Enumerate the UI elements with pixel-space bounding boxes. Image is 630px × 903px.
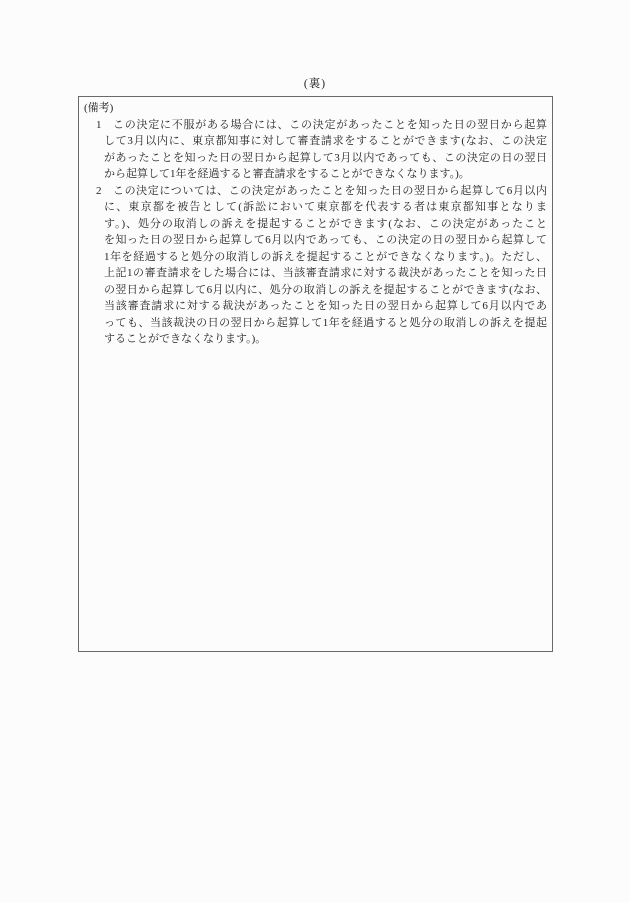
remark-text-line: この決定に不服がある場合には、この決定があったことを知った日の翌日から起算: [104, 117, 547, 134]
remark-text-line: の翌日から起算して6月以内に、処分の取消しの訴えを提起することができます(なお、: [104, 282, 547, 299]
remark-text-line: この決定については、この決定があったことを知った日の翌日から起算して6月以内: [104, 183, 547, 200]
remark-text-line: があったことを知った日の翌日から起算して3月以内であっても、この決定の日の翌日: [104, 150, 547, 167]
remark-text-line: を知った日の翌日から起算して6月以内であっても、この決定の日の翌日から起算して: [104, 232, 547, 249]
remark-text-line: 当該審査請求に対する裁決があったことを知った日の翌日から起算して6月以内であ: [104, 298, 547, 315]
remark-text-line: す。)、処分の取消しの訴えを提起することができます(なお、この決定があったこと: [104, 216, 547, 233]
remark-text-line: することができなくなります。)。: [104, 331, 547, 348]
remarks-box: (備考) 1 この決定に不服がある場合には、この決定があったことを知った日の翌日…: [78, 96, 553, 652]
remark-item-2: 2 この決定については、この決定があったことを知った日の翌日から起算して6月以内…: [104, 183, 547, 348]
remark-item-1: 1 この決定に不服がある場合には、この決定があったことを知った日の翌日から起算 …: [104, 117, 547, 183]
remark-text-line: っても、当該裁決の日の翌日から起算して1年を経過すると処分の取消しの訴えを提起: [104, 315, 547, 332]
remark-item-1-number: 1: [96, 117, 104, 134]
remark-text-line: から起算して1年を経過すると審査請求をすることができなくなります。)。: [104, 166, 547, 183]
remark-text-line: 1年を経過すると処分の取消しの訴えを提起することができなくなります。)。ただし、: [104, 249, 547, 266]
remark-text-line: 上記1の審査請求をした場合には、当該審査請求に対する裁決があったことを知った日: [104, 265, 547, 282]
page-side-label: (裏): [0, 0, 630, 92]
document-page: (裏) (備考) 1 この決定に不服がある場合には、この決定があったことを知った…: [0, 0, 630, 652]
remark-text-line: して3月以内に、東京都知事に対して審査請求をすることができます(なお、この決定: [104, 133, 547, 150]
remark-text-line: に、東京都を被告として(訴訟において東京都を代表する者は東京都知事となりま: [104, 199, 547, 216]
remarks-heading: (備考): [84, 100, 547, 117]
remark-item-2-number: 2: [96, 183, 104, 200]
